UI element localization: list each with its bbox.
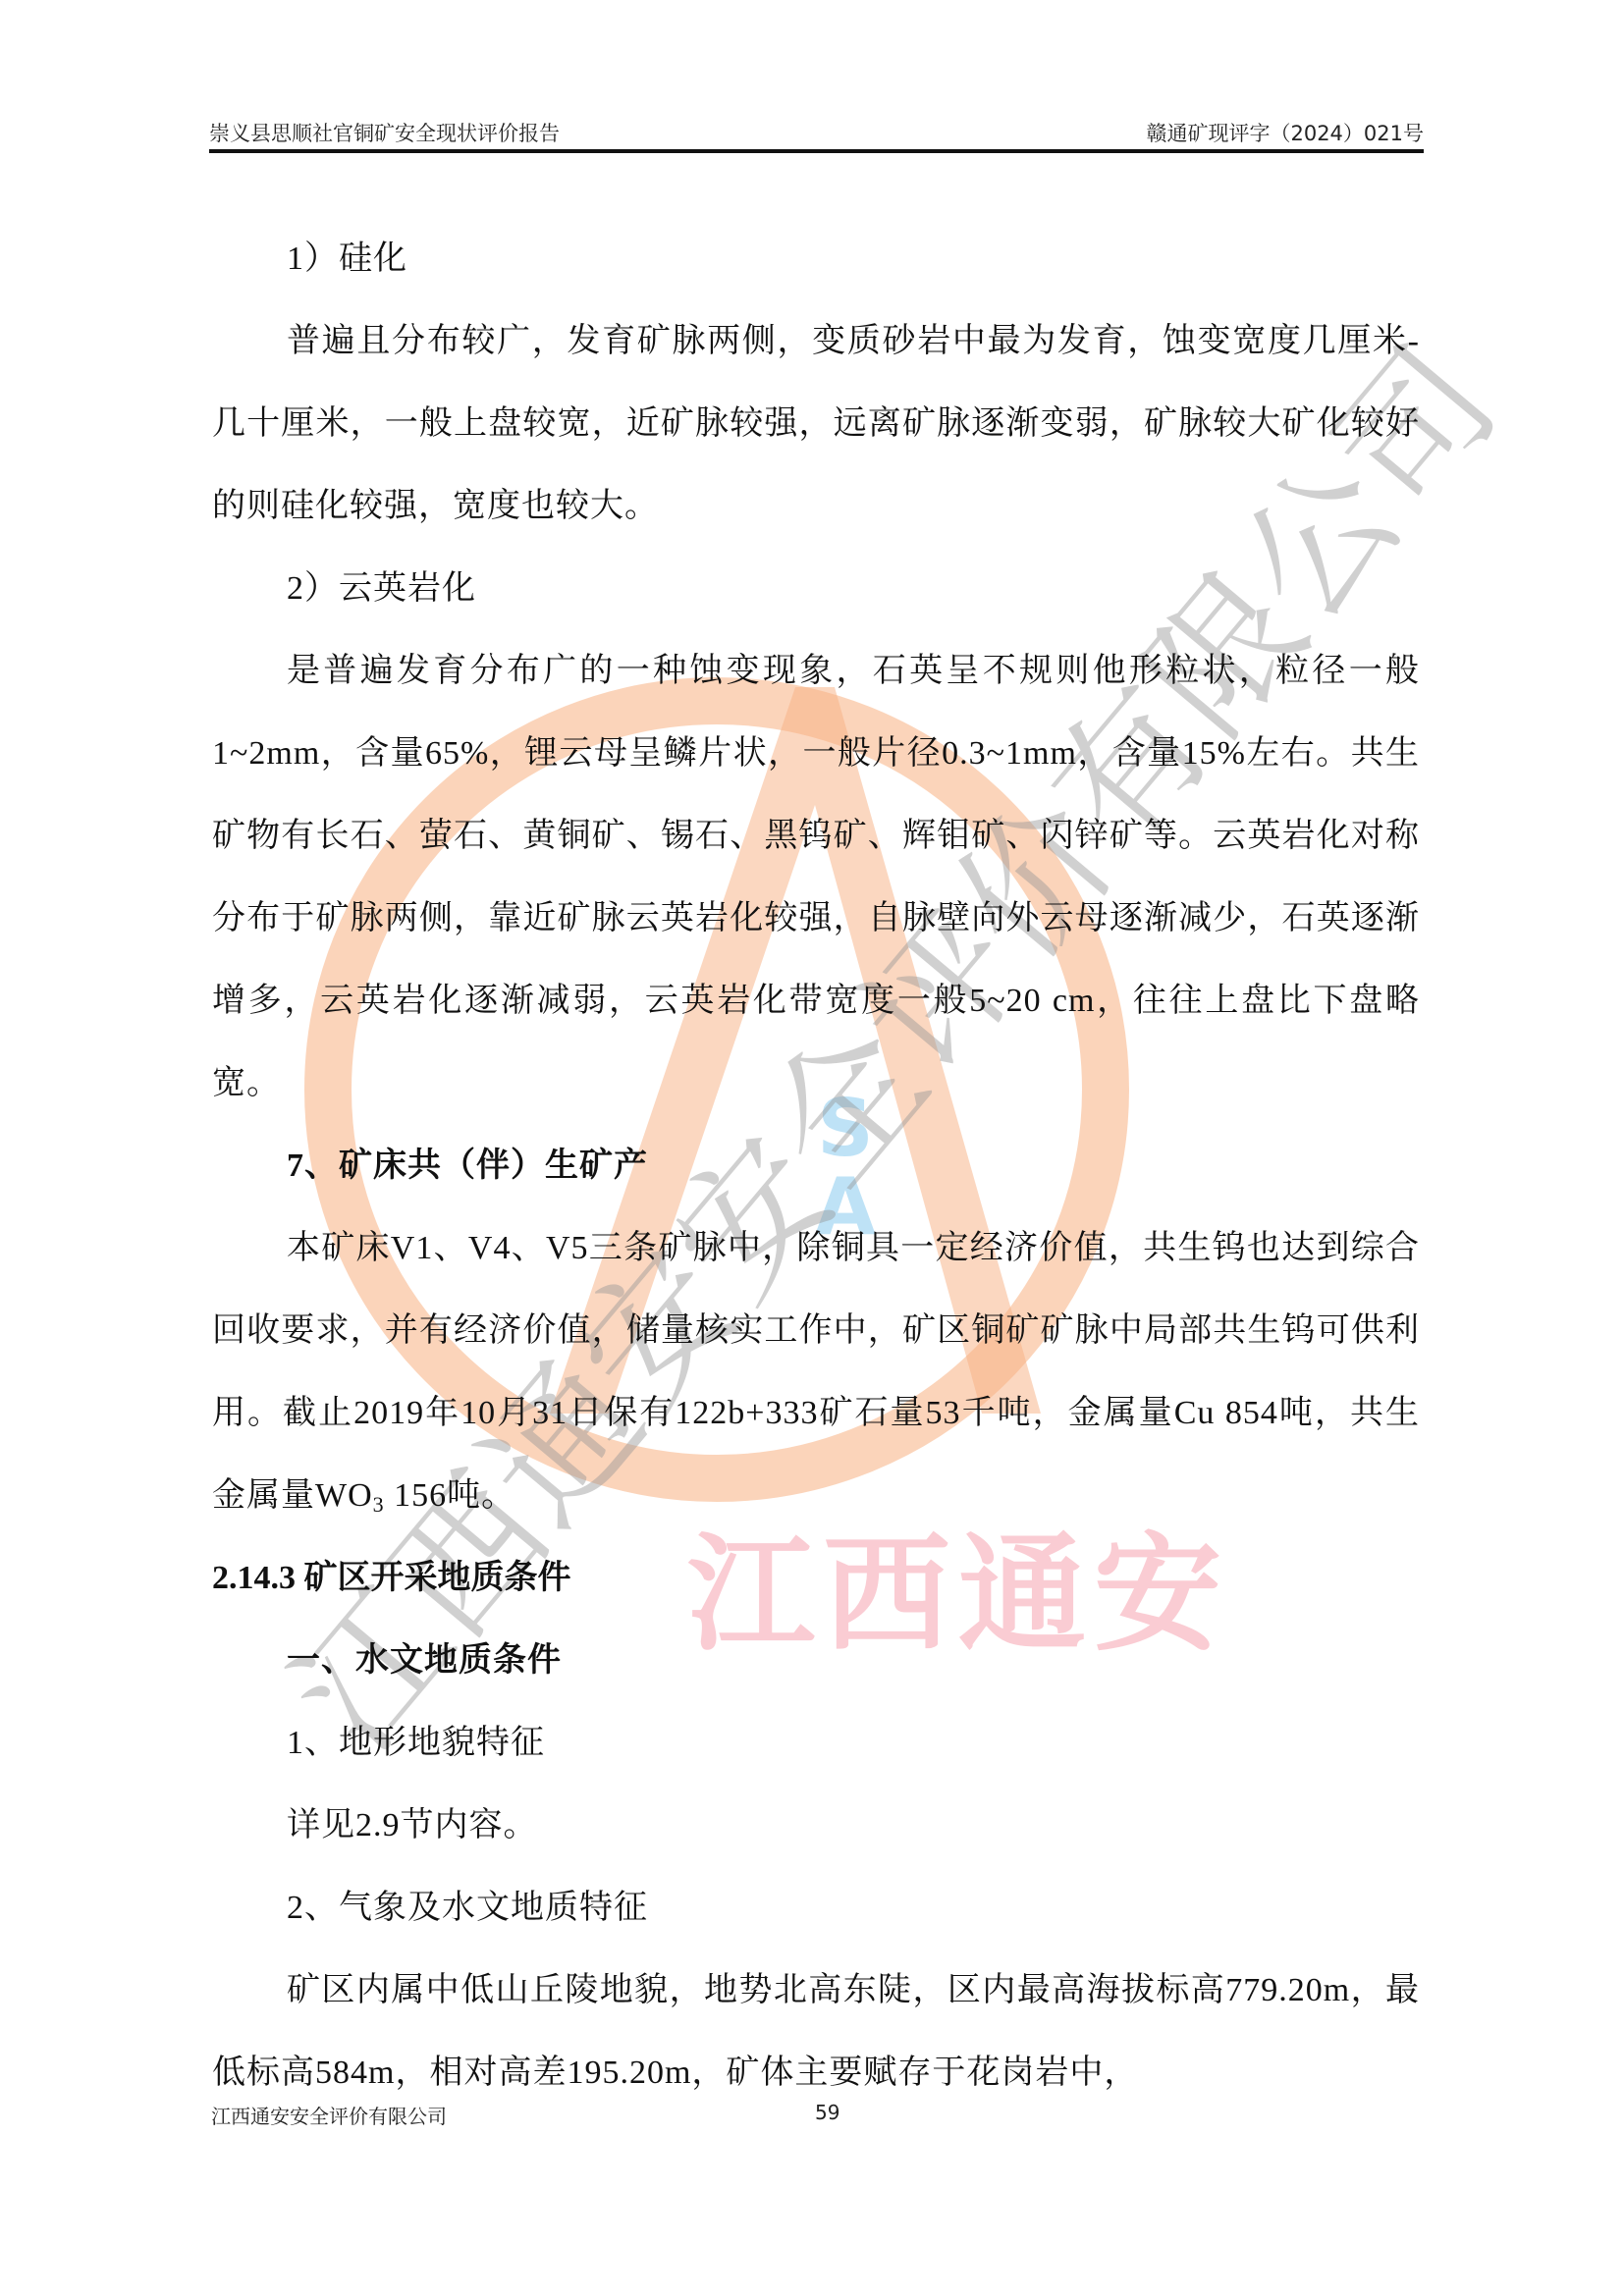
document-number: 赣通矿现评字（2024）021号 (1146, 118, 1424, 147)
heading-associated-minerals: 7、矿床共（伴）生矿产 (212, 1125, 1420, 1207)
paragraph-terrain: 详见2.9节内容。 (212, 1785, 1420, 1867)
page-content: 1）硅化 普遍且分布较广，发育矿脉两侧，变质砂岩中最为发育，蚀变宽度几厘米-几十… (212, 218, 1420, 2114)
section-heading-mining-geology: 2.14.3 矿区开采地质条件 (212, 1537, 1420, 1620)
paragraph-silicification: 普遍且分布较广，发育矿脉两侧，变质砂岩中最为发育，蚀变宽度几厘米-几十厘米，一般… (212, 300, 1420, 548)
page-header: 崇义县思顺社官铜矿安全现状评价报告 赣通矿现评字（2024）021号 (209, 114, 1424, 153)
subheading-terrain: 1、地形地貌特征 (212, 1702, 1420, 1785)
page-number: 59 (815, 2101, 839, 2124)
paragraph-climate-hydro: 矿区内属中低山丘陵地貌，地势北高东陡，区内最高海拔标高779.20m，最低标高5… (212, 1949, 1420, 2114)
paragraph-associated-minerals: 本矿床V1、V4、V5三条矿脉中，除铜具一定经济价值，共生钨也达到综合回收要求，… (212, 1207, 1420, 1537)
header-divider (209, 149, 1424, 153)
subheading-greisenization: 2）云英岩化 (212, 548, 1420, 630)
heading-hydrogeology: 一、水文地质条件 (212, 1620, 1420, 1702)
report-title: 崇义县思顺社官铜矿安全现状评价报告 (209, 118, 560, 147)
subheading-climate-hydro: 2、气象及水文地质特征 (212, 1867, 1420, 1949)
subheading-silicification: 1）硅化 (212, 218, 1420, 300)
paragraph-greisenization: 是普遍发育分布广的一种蚀变现象，石英呈不规则他形粒状，粒径一般1~2mm，含量6… (212, 630, 1420, 1125)
footer-company: 江西通安安全评价有限公司 (211, 2101, 447, 2129)
